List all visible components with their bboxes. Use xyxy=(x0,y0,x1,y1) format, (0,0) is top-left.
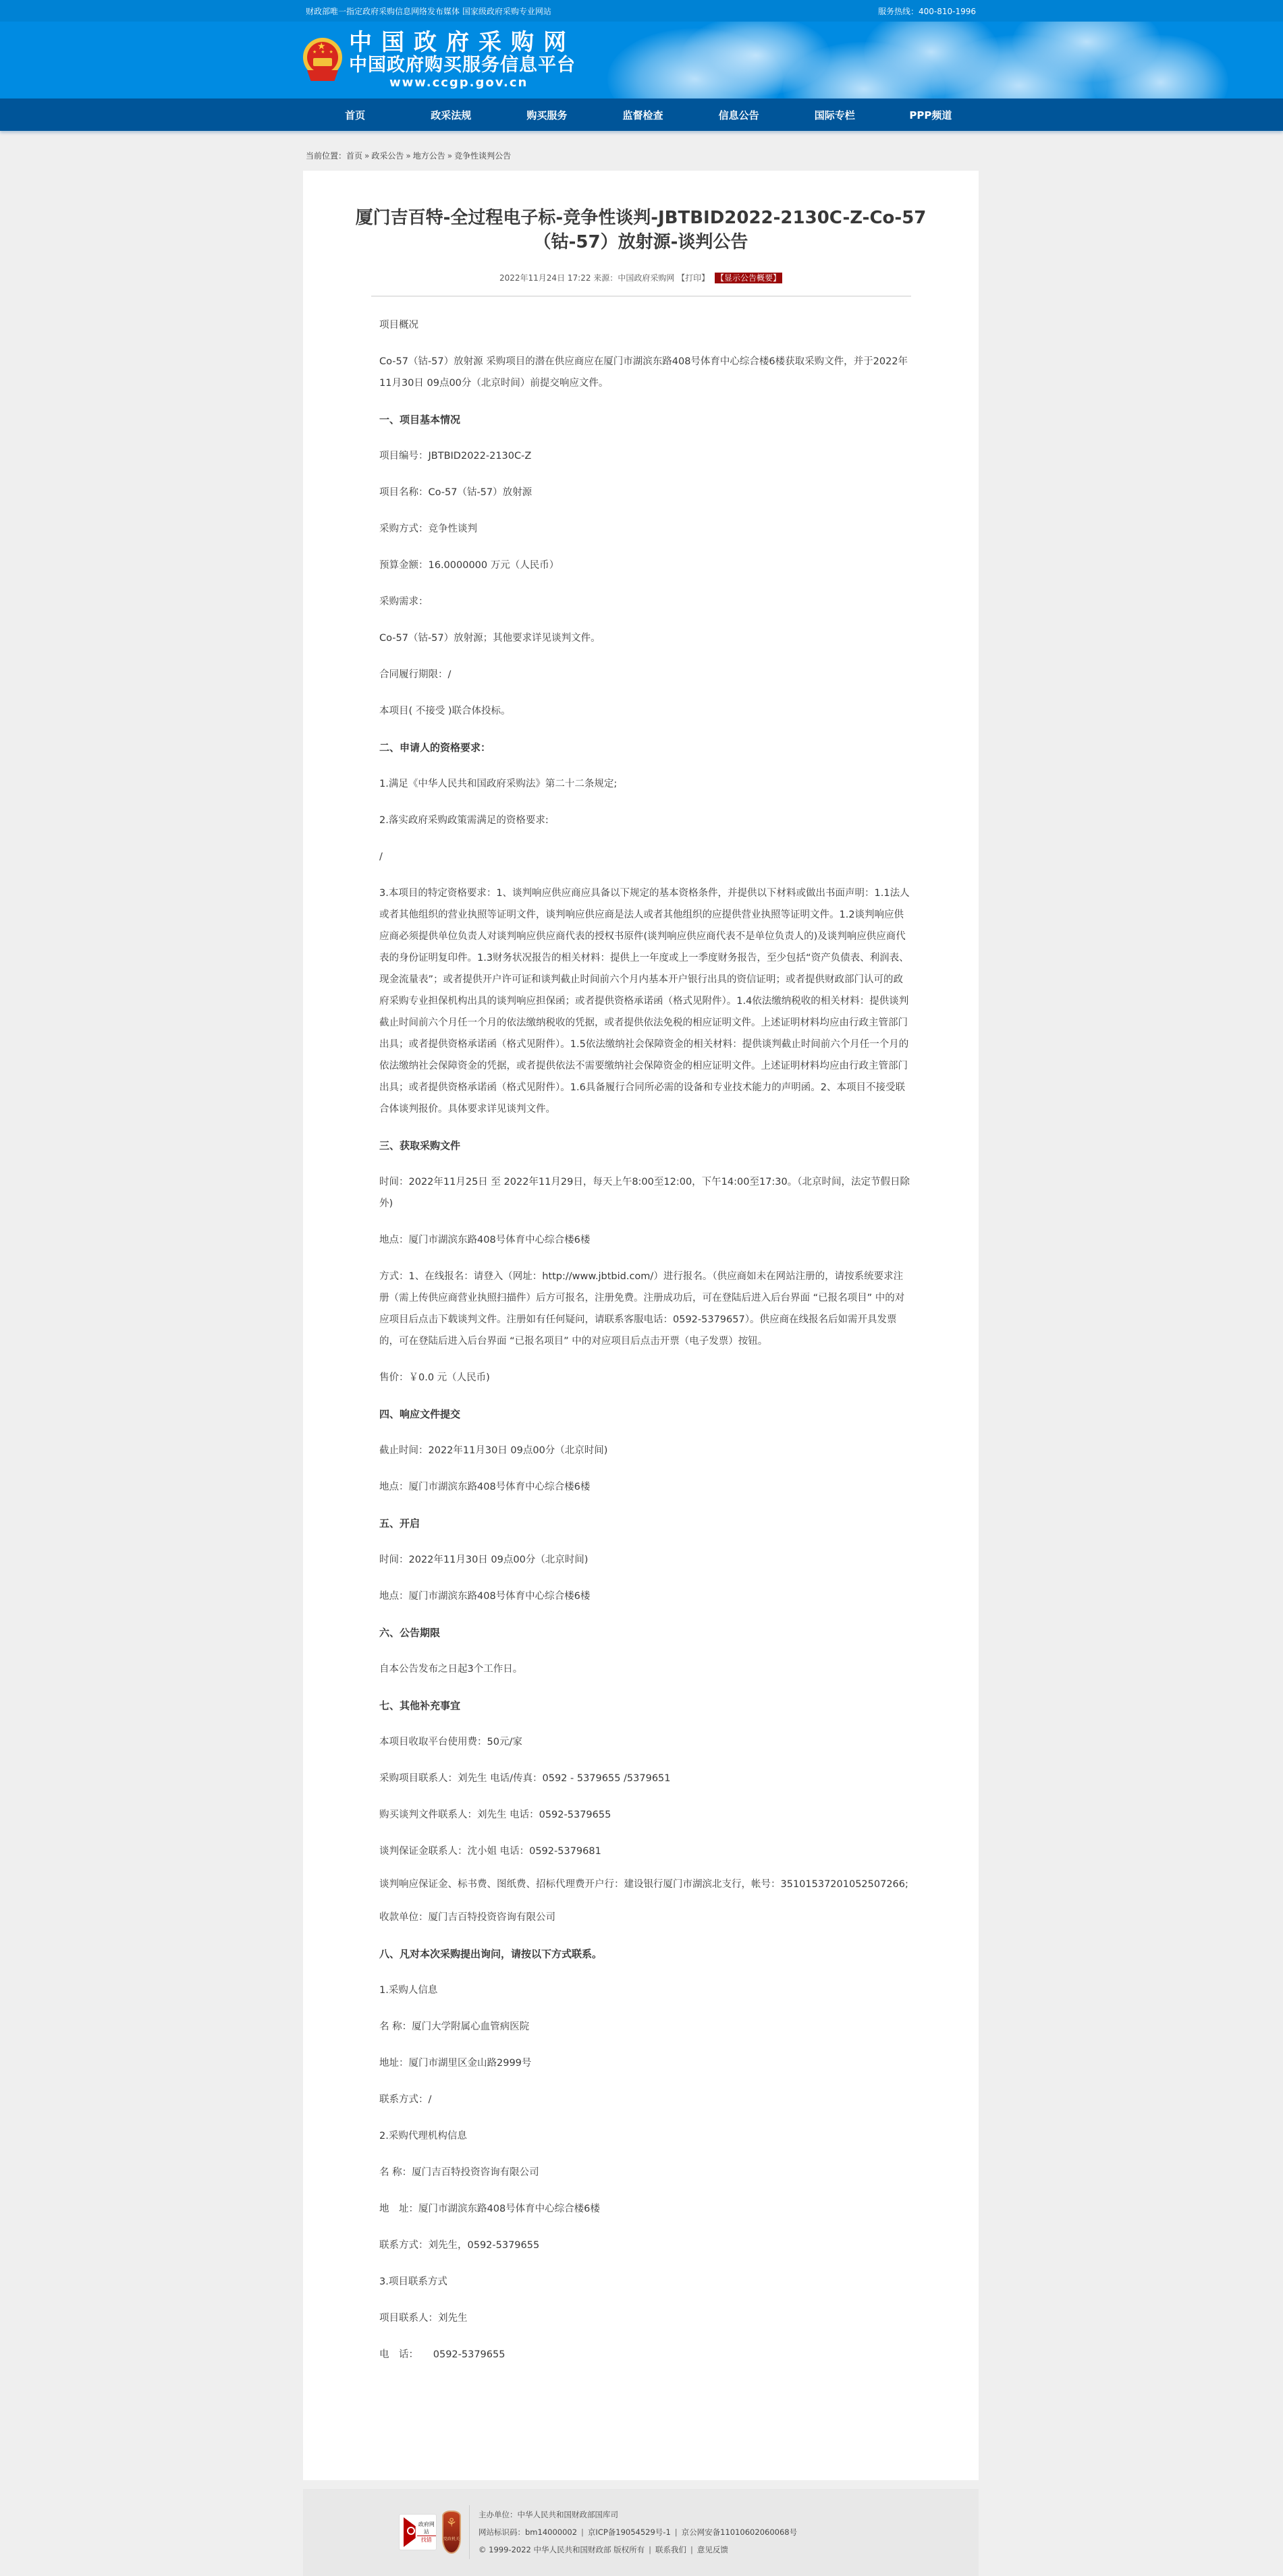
main-nav: 首页政采法规购买服务监督检查信息公告国际专栏PPP频道 xyxy=(0,99,1283,131)
article-paragraph: 方式：1、在线报名：请登入（网址：http://www.jbtbid.com/）… xyxy=(379,1266,912,1352)
article-paragraph: 合同履行期限：/ xyxy=(379,664,912,685)
nav-item-1[interactable]: 政采法规 xyxy=(403,108,499,122)
site-footer: 政府网站 找错 ⚘ 党政机关 主办单位：中华人民共和国财政部国库司 网站标识码：… xyxy=(303,2489,979,2576)
article-paragraph: 地址：厦门市湖里区金山路2999号 xyxy=(379,2052,912,2074)
site-logo[interactable]: ★ ★★★★ 中国政府采购网 中国政府购买服务信息平台 www.ccgp.gov… xyxy=(303,30,576,90)
article-paragraph: 时间：2022年11月25日 至 2022年11月29日，每天上午8:00至12… xyxy=(379,1171,912,1214)
section-heading: 二、申请人的资格要求： xyxy=(379,737,912,758)
feedback-link[interactable]: 意见反馈 xyxy=(697,2545,728,2554)
site-header: ★ ★★★★ 中国政府采购网 中国政府购买服务信息平台 www.ccgp.gov… xyxy=(0,22,1283,99)
article-paragraph: 联系方式：/ xyxy=(379,2089,912,2110)
article-paragraph: 项目概况 xyxy=(379,314,912,336)
article-paragraph: 联系方式：刘先生，0592-5379655 xyxy=(379,2235,912,2256)
footer-sponsor: 主办单位：中华人民共和国财政部国库司 xyxy=(479,2506,797,2523)
article-paragraph: 谈判响应保证金、标书费、图纸费、招标代理费开户行：建设银行厦门市湖滨北支行，帐号… xyxy=(379,1877,912,1892)
article-paragraph: 电 话： 0592-5379655 xyxy=(379,2344,912,2365)
breadcrumb-item-2[interactable]: 地方公告 xyxy=(413,151,445,161)
article-paragraph: 2.落实政府采购政策需满足的资格要求: xyxy=(379,810,912,831)
print-link[interactable]: 【打印】 xyxy=(677,273,709,283)
article-title: 厦门吉百特-全过程电子标-竞争性谈判-JBTBID2022-2130C-Z-Co… xyxy=(324,206,958,254)
breadcrumb-separator: » xyxy=(447,151,452,161)
article-paragraph: 名 称：厦门大学附属心血管病医院 xyxy=(379,2016,912,2038)
nav-item-3[interactable]: 监督检查 xyxy=(595,108,690,122)
footer-divider xyxy=(469,2505,470,2559)
national-emblem-icon: ★ ★★★★ xyxy=(303,38,342,82)
section-heading: 八、凡对本次采购提出询问，请按以下方式联系。 xyxy=(379,1943,912,1965)
article-paragraph: 地点：厦门市湖滨东路408号体育中心综合楼6楼 xyxy=(379,1586,912,1607)
nav-item-4[interactable]: 信息公告 xyxy=(691,108,787,122)
article-paragraph: Co-57（钴-57）放射源；其他要求详见谈判文件。 xyxy=(379,627,912,649)
contact-us-link[interactable]: 联系我们 xyxy=(655,2545,686,2554)
party-emblem-icon: ⚘ xyxy=(443,2516,460,2530)
breadcrumb: 当前位置：首页»政采公告»地方公告»竞争性谈判公告 xyxy=(303,131,979,171)
article-paragraph: 地点：厦门市湖滨东路408号体育中心综合楼6楼 xyxy=(379,1476,912,1498)
article-paragraph: 名 称：厦门吉百特投资咨询有限公司 xyxy=(379,2162,912,2183)
footer-copyright: © 1999-2022 中华人民共和国财政部 版权所有 xyxy=(479,2545,645,2554)
footer-police-link[interactable]: 京公网安备11010602060068号 xyxy=(682,2527,797,2537)
title-divider xyxy=(371,296,911,297)
source-name: 中国政府采购网 xyxy=(618,273,674,283)
article-paragraph: 采购项目联系人：刘先生 电话/传真：0592 - 5379655 /537965… xyxy=(379,1768,912,1789)
article-paragraph: 售价：￥0.0 元（人民币) xyxy=(379,1367,912,1389)
section-heading: 一、项目基本情况 xyxy=(379,409,912,430)
site-subtitle: 中国政府购买服务信息平台 xyxy=(349,55,576,76)
article-paragraph: 收款单位：厦门吉百特投资咨询有限公司 xyxy=(379,1907,912,1928)
nav-item-5[interactable]: 国际专栏 xyxy=(787,108,883,122)
party-govt-agency-badge[interactable]: ⚘ 党政机关 xyxy=(442,2511,461,2554)
article-meta: 2022年11月24日 17:22 来源：中国政府采购网 【打印】 【显示公告概… xyxy=(303,272,979,283)
publish-datetime: 2022年11月24日 17:22 xyxy=(499,273,591,283)
breadcrumb-item-1[interactable]: 政采公告 xyxy=(371,151,404,161)
article-paragraph: 时间：2022年11月30日 09点00分（北京时间) xyxy=(379,1549,912,1571)
article-paragraph: 采购方式：竞争性谈判 xyxy=(379,518,912,540)
article-paragraph: 1.满足《中华人民共和国政府采购法》第二十二条规定; xyxy=(379,773,912,795)
breadcrumb-separator: » xyxy=(364,151,369,161)
article-paragraph: 项目联系人：刘先生 xyxy=(379,2307,912,2329)
breadcrumb-separator: » xyxy=(406,151,410,161)
article-paragraph: Co-57（钴-57）放射源 采购项目的潜在供应商应在厦门市湖滨东路408号体育… xyxy=(379,351,912,394)
site-slogan: 财政部唯一指定政府采购信息网络发布媒体 国家级政府采购专业网站 xyxy=(306,5,551,17)
service-hotline: 服务热线：400-810-1996 xyxy=(878,5,976,17)
article-paragraph: 谈判保证金联系人：沈小姐 电话：0592-5379681 xyxy=(379,1841,912,1862)
article-paragraph: 3.项目联系方式 xyxy=(379,2271,912,2293)
gov-site-error-report-badge[interactable]: 政府网站 找错 xyxy=(399,2514,437,2550)
show-summary-button[interactable]: 【显示公告概要】 xyxy=(715,273,782,283)
footer-icp-link[interactable]: 京ICP备19054529号-1 xyxy=(588,2527,671,2537)
article-paragraph: 项目编号：JBTBID2022-2130C-Z xyxy=(379,445,912,467)
article-body: 项目概况Co-57（钴-57）放射源 采购项目的潜在供应商应在厦门市湖滨东路40… xyxy=(379,314,912,2365)
article-paragraph: 地点：厦门市湖滨东路408号体育中心综合楼6楼 xyxy=(379,1229,912,1251)
article-paragraph: 自本公告发布之日起3个工作日。 xyxy=(379,1658,912,1680)
section-heading: 四、响应文件提交 xyxy=(379,1403,912,1425)
breadcrumb-item-0[interactable]: 首页 xyxy=(346,151,362,161)
article-paragraph: 购买谈判文件联系人：刘先生 电话：0592-5379655 xyxy=(379,1804,912,1826)
article-paragraph: 2.采购代理机构信息 xyxy=(379,2125,912,2147)
article-paragraph: 项目名称：Co-57（钴-57）放射源 xyxy=(379,482,912,503)
source-label: 来源： xyxy=(593,273,618,283)
article-container: 厦门吉百特-全过程电子标-竞争性谈判-JBTBID2022-2130C-Z-Co… xyxy=(303,171,979,2480)
article-paragraph: 本项目( 不接受 )联合体投标。 xyxy=(379,700,912,722)
section-heading: 七、其他补充事宜 xyxy=(379,1695,912,1716)
article-paragraph: 预算金额：16.0000000 万元（人民币） xyxy=(379,555,912,576)
article-paragraph: 地 址：厦门市湖滨东路408号体育中心综合楼6楼 xyxy=(379,2198,912,2220)
section-heading: 三、获取采购文件 xyxy=(379,1135,912,1156)
site-name: 中国政府采购网 xyxy=(349,30,576,55)
cloud-banner-image xyxy=(580,22,1283,99)
site-url: www.ccgp.gov.cn xyxy=(349,76,576,90)
article-paragraph: 采购需求： xyxy=(379,591,912,613)
article-paragraph: / xyxy=(379,846,912,868)
footer-site-id: 网站标识码：bm14000002 xyxy=(479,2527,577,2537)
section-heading: 六、公告期限 xyxy=(379,1622,912,1644)
article-paragraph: 截止时间：2022年11月30日 09点00分（北京时间) xyxy=(379,1440,912,1461)
breadcrumb-prefix: 当前位置： xyxy=(306,151,346,161)
article-paragraph: 3.本项目的特定资格要求：1、谈判响应供应商应具备以下规定的基本资格条件，并提供… xyxy=(379,883,912,1120)
nav-item-0[interactable]: 首页 xyxy=(307,108,403,122)
breadcrumb-item-3[interactable]: 竞争性谈判公告 xyxy=(454,151,511,161)
nav-item-6[interactable]: PPP频道 xyxy=(883,108,979,122)
article-paragraph: 本项目收取平台使用费：50元/家 xyxy=(379,1731,912,1753)
nav-item-2[interactable]: 购买服务 xyxy=(499,108,595,122)
article-paragraph: 1.采购人信息 xyxy=(379,1980,912,2001)
section-heading: 五、开启 xyxy=(379,1513,912,1534)
top-bar: 财政部唯一指定政府采购信息网络发布媒体 国家级政府采购专业网站 服务热线：400… xyxy=(0,0,1283,22)
